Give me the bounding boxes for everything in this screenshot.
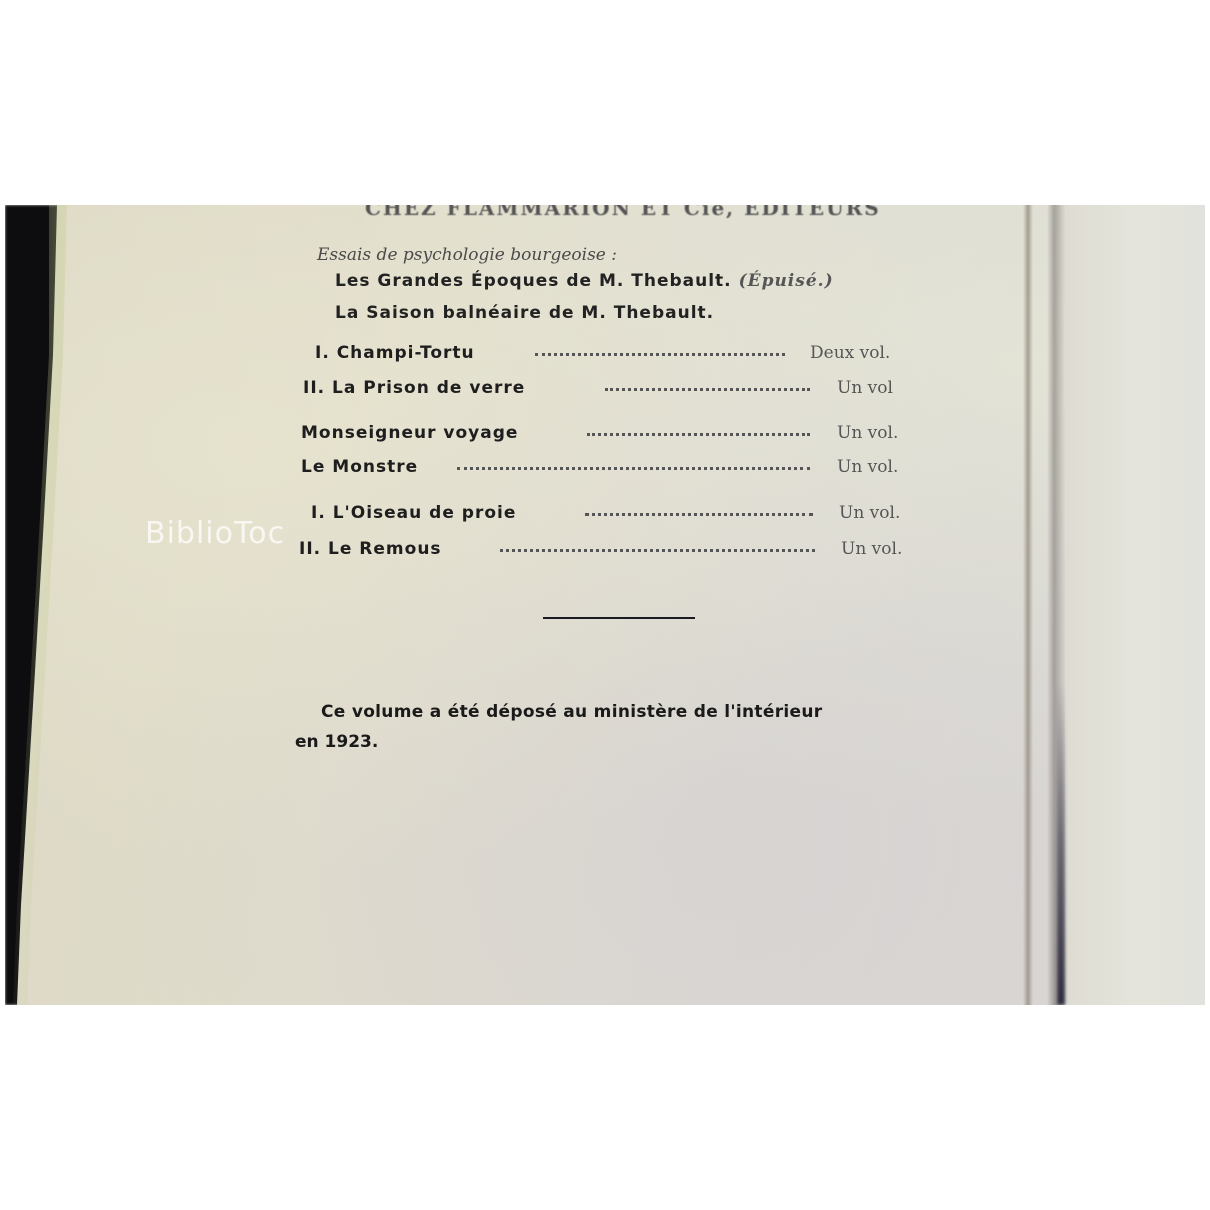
series-line-2: La Saison balnéaire de M. Thebault. (335, 303, 714, 323)
deposit-note-line-1: Ce volume a été déposé au ministère de l… (295, 697, 935, 727)
adjacent-page (1065, 205, 1205, 1005)
series-line-1: Les Grandes Époques de M. Thebault. (Épu… (335, 271, 834, 291)
book-title: Le Monstre (301, 457, 418, 477)
gutter-dark-gap (1057, 685, 1065, 1005)
book-title: Monseigneur voyage (301, 423, 518, 443)
book-entry: Monseigneur voyageUn vol. (5, 423, 1205, 449)
book-title: II. Le Remous (299, 539, 442, 559)
book-title: I. Champi-Tortu (315, 343, 475, 363)
series-title: La Saison balnéaire de M. Thebault. (335, 303, 714, 323)
series-title: Les Grandes Époques de M. Thebault. (335, 271, 732, 291)
dot-leader (587, 423, 810, 436)
deposit-note: Ce volume a été déposé au ministère de l… (295, 697, 935, 757)
dot-leader (500, 539, 815, 552)
dot-leader (605, 378, 810, 391)
watermark-logo: BiblioToc (145, 516, 285, 551)
volume-count: Un vol. (841, 539, 902, 559)
volume-count: Un vol. (837, 457, 898, 477)
page-fold-line (1023, 205, 1033, 1005)
dot-leader (457, 457, 810, 470)
volume-count: Un vol. (839, 503, 900, 523)
book-entry: Le MonstreUn vol. (5, 457, 1205, 483)
out-of-print-note: (Épuisé.) (739, 271, 834, 291)
deposit-note-line-2: en 1923. (295, 727, 935, 757)
dot-leader (585, 503, 813, 516)
book-entry: I. Champi-TortuDeux vol. (5, 343, 1205, 369)
book-title: I. L'Oiseau de proie (311, 503, 516, 523)
volume-count: Un vol. (837, 423, 898, 443)
book-entry: II. La Prison de verreUn vol (5, 378, 1205, 404)
volume-count: Un vol (837, 378, 893, 398)
section-title: Essais de psychologie bourgeoise : (317, 245, 617, 265)
book-page-photo: CHEZ FLAMMARION ET Cie, ÉDITEURS Essais … (5, 205, 1205, 1005)
volume-count: Deux vol. (810, 343, 890, 363)
book-title: II. La Prison de verre (303, 378, 525, 398)
publisher-header: CHEZ FLAMMARION ET Cie, ÉDITEURS (365, 205, 881, 220)
dot-leader (535, 343, 785, 356)
separator-rule (543, 617, 695, 619)
